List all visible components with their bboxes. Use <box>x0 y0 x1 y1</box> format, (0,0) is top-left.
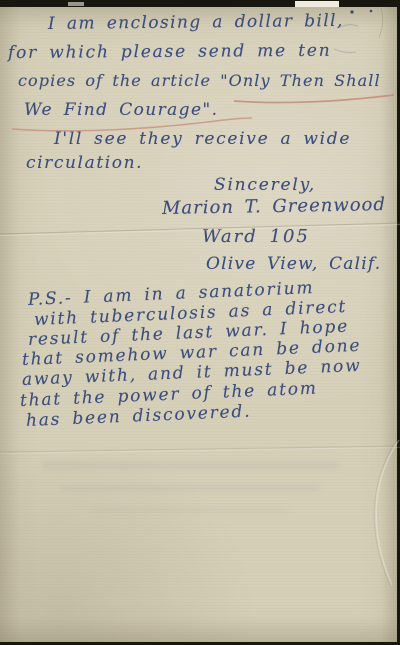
bleedthrough-smudge <box>60 485 320 491</box>
torn-edge-patch <box>68 2 84 6</box>
address-ward: Ward 105 <box>202 226 310 247</box>
scan-background: I am enclosing a dollar bill, for which … <box>0 0 400 645</box>
handwritten-line: for which please send me ten <box>8 41 332 63</box>
scanned-handwritten-letter: { "letter": { "body_lines": [ "I am encl… <box>0 0 400 645</box>
handwritten-line: We Find Courage". <box>24 100 218 120</box>
signature: Marion T. Greenwood <box>162 194 386 219</box>
bleedthrough-smudge <box>90 507 290 513</box>
bleedthrough-smudge <box>40 462 340 469</box>
handwritten-line: I'll see they receive a wide <box>54 129 351 149</box>
handwritten-line: circulation. <box>26 153 143 173</box>
handwritten-line: copies of the article "Only Then Shall <box>18 71 381 90</box>
address-city: Olive View, Calif. <box>206 254 381 274</box>
handwritten-line: I am enclosing a dollar bill, <box>48 11 344 34</box>
closing-salutation: Sincerely, <box>214 175 316 195</box>
